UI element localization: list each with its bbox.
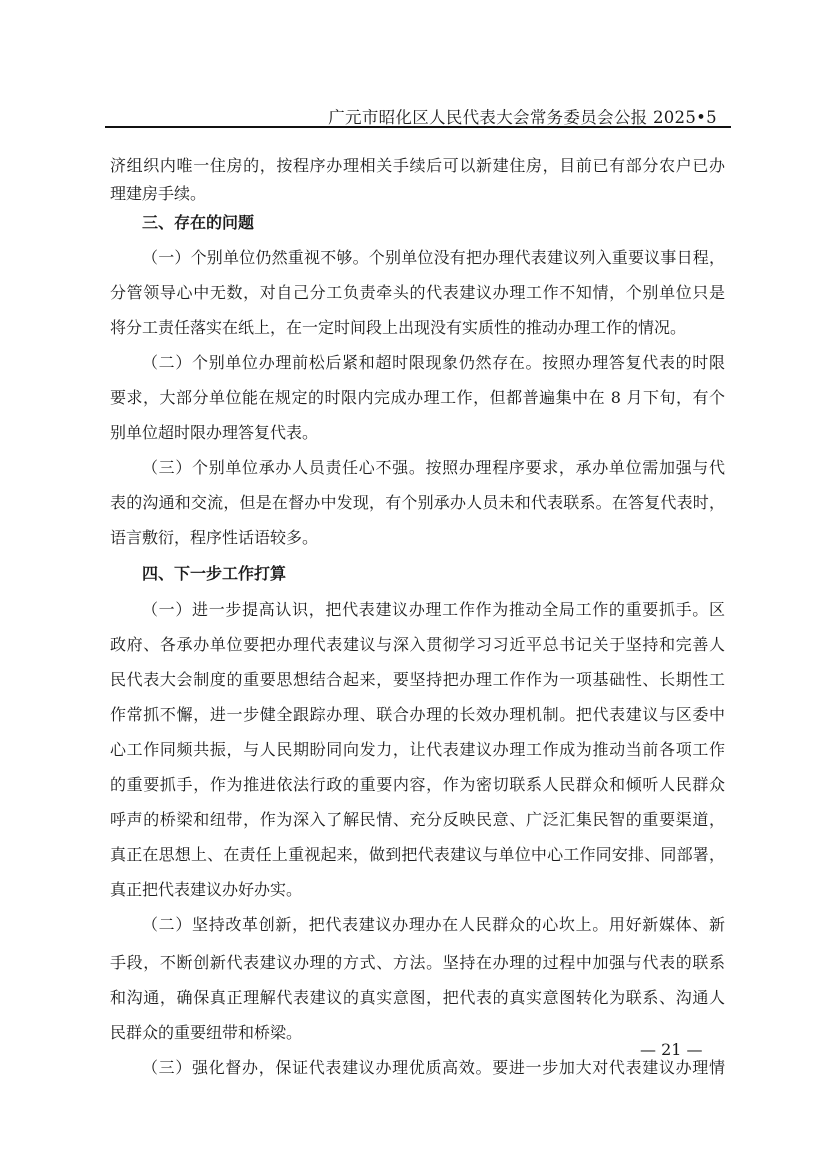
paragraph-first-line: （三）个别单位承办人员责任心不强。按照办理程序要求，承办单位需加强与代 bbox=[110, 452, 725, 484]
body-line: 和沟通，确保真正理解代表建议的真实意图，把代表的真实意图转化为联系、沟通人 bbox=[110, 982, 725, 1014]
body-line: 手段，不断创新代表建议办理的方式、方法。坚持在办理的过程中加强与代表的联系 bbox=[110, 947, 725, 979]
body-line: 呼声的桥梁和纽带，作为深入了解民情、充分反映民意、广泛汇集民智的重要渠道， bbox=[110, 804, 725, 836]
body-line: 分管领导心中无数，对自己分工负责牵头的代表建议办理工作不知情，个别单位只是 bbox=[110, 277, 725, 309]
header-rule bbox=[105, 126, 731, 128]
page-number: — 21 — bbox=[640, 1040, 703, 1059]
paragraph-first-line: （一）个别单位仍然重视不够。个别单位没有把办理代表建议列入重要议事日程， bbox=[110, 242, 725, 274]
paragraph-last-line: 民群众的重要纽带和桥梁。 bbox=[110, 1017, 725, 1049]
paragraph-first-line: （一）进一步提高认识，把代表建议办理工作作为推动全局工作的重要抓手。区 bbox=[110, 594, 725, 626]
body-line: 真正在思想上、在责任上重视起来，做到把代表建议与单位中心工作同安排、同部署， bbox=[110, 839, 725, 871]
paragraph-first-line: （二）个别单位办理前松后紧和超时限现象仍然存在。按照办理答复代表的时限 bbox=[110, 347, 725, 379]
body-line: 作常抓不懈，进一步健全跟踪办理、联合办理的长效办理机制。把代表建议与区委中 bbox=[110, 699, 725, 731]
running-header: 广元市昭化区人民代表大会常务委员会公报 2025•5 bbox=[105, 98, 731, 128]
paragraph-last-line: 别单位超时限办理答复代表。 bbox=[110, 417, 725, 449]
body-line: 政府、各承办单位要把办理代表建议与深入贯彻学习习近平总书记关于坚持和完善人 bbox=[110, 629, 725, 661]
paragraph-first-line: （二）坚持改革创新，把代表建议办理办在人民群众的心坎上。用好新媒体、新 bbox=[110, 909, 725, 941]
body-line: 的重要抓手，作为推进依法行政的重要内容，作为密切联系人民群众和倾听人民群众 bbox=[110, 769, 725, 801]
paragraph-last-line: 真正把代表建议办好办实。 bbox=[110, 874, 725, 906]
paragraph-last-line: 将分工责任落实在纸上，在一定时间段上出现没有实质性的推动办理工作的情况。 bbox=[110, 312, 725, 344]
body-line: 心工作同频共振，与人民期盼同向发力，让代表建议办理工作成为推动当前各项工作 bbox=[110, 734, 725, 766]
paragraph-last-line: 语言敷衍，程序性话语较多。 bbox=[110, 522, 725, 554]
body-line: 民代表大会制度的重要思想结合起来，要坚持把办理工作作为一项基础性、长期性工 bbox=[110, 664, 725, 696]
section-heading: 四、下一步工作打算 bbox=[110, 557, 286, 591]
paragraph-first-line: （三）强化督办，保证代表建议办理优质高效。要进一步加大对代表建议办理情 bbox=[110, 1052, 725, 1084]
body-line: 要求，大部分单位能在规定的时限内完成办理工作，但都普遍集中在 8 月下旬，有个 bbox=[110, 382, 725, 414]
section-heading: 三、存在的问题 bbox=[110, 206, 254, 240]
body-line: 表的沟通和交流，但是在督办中发现，有个别承办人员未和代表联系。在答复代表时， bbox=[110, 487, 725, 519]
publication-title: 广元市昭化区人民代表大会常务委员会公报 2025•5 bbox=[328, 104, 717, 128]
